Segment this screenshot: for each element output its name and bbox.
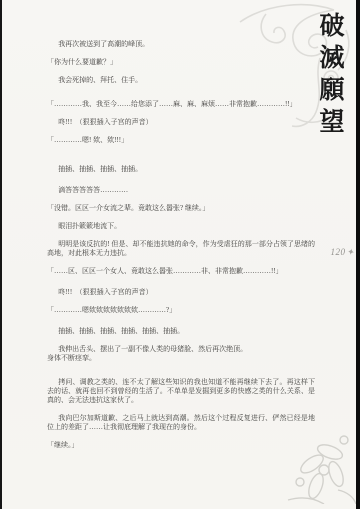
narration-line: 抽插、抽插、抽插、抽插。 bbox=[47, 165, 315, 174]
narration-line: 眼泪扑簌簌地流下。 bbox=[47, 222, 315, 231]
narration-line: 我再次被送到了高潮的峰顶。 bbox=[47, 40, 315, 49]
scanned-book-page: 破滅願望 120 ✦ 我再次被送到了高潮的峰顶。 「你为什么要道歉？」 我会死掉… bbox=[0, 0, 360, 509]
dialogue-line: 「继续。」 bbox=[47, 441, 315, 450]
left-edge-shadow bbox=[0, 0, 2, 509]
page-number: 120 bbox=[330, 247, 345, 257]
narration-line: 抽插、抽插、抽插、抽插、抽插、抽插。 bbox=[47, 327, 315, 336]
narration-line: 明明是该反抗的! 但是、却不能违抗她的命令，作为受虐狂的那一部分占领了思绪的高地… bbox=[47, 240, 315, 258]
dialogue-line: 「…………嗯欸欸欸欸欸欸欸…………?」 bbox=[47, 306, 315, 315]
dialogue-line: 「没错。区区一介女流之辈。竟敢这么嚣张? 继续。」 bbox=[47, 204, 315, 213]
narration-line: 拷问、调教之类的、连不太了解这些知识的我也知道不能再继续下去了。再这样下去的话、… bbox=[47, 378, 315, 405]
text-block: 我再次被送到了高潮的峰顶。 「你为什么要道歉？」 我会死掉的、拜托、住手。 「…… bbox=[47, 40, 315, 459]
dialogue-line: 「你为什么要道歉？」 bbox=[47, 58, 315, 67]
narration-line: 我伸出舌头、摆出了一副不像人类的母猪脸、然后再次绝顶。 身体不断痉挛。 bbox=[47, 345, 315, 363]
narration-line: 我会死掉的、拜托、住手。 bbox=[47, 76, 315, 85]
sfx-line: 咚!!! （狠狠插入子宫的声音） bbox=[47, 118, 315, 127]
dialogue-line: 「…………嗯! 欸、欸!!!」 bbox=[47, 136, 315, 145]
page-folio: 120 ✦ bbox=[330, 247, 355, 257]
sparkle-icon: ✦ bbox=[347, 247, 356, 257]
right-edge-shadow bbox=[356, 0, 360, 509]
sfx-line: 咚!!! （狠狠插入子宫的声音） bbox=[47, 288, 315, 297]
dialogue-line: 「…………我、我至今……给您添了……麻、麻、麻烦……非常抱歉…………!!」 bbox=[47, 100, 315, 109]
narration-line: 我向巴尔加斯道歉、之后马上就达到高潮。然后这个过程反复进行、俨然已经是地位上的差… bbox=[47, 414, 315, 432]
book-title-vertical: 破滅願望 bbox=[311, 12, 347, 140]
narration-line: 滴答答答答答………… bbox=[47, 186, 315, 195]
dialogue-line: 「……区、区区一个女人、竟敢这么嚣张…………非、非常抱歉…………!!」 bbox=[47, 267, 315, 276]
